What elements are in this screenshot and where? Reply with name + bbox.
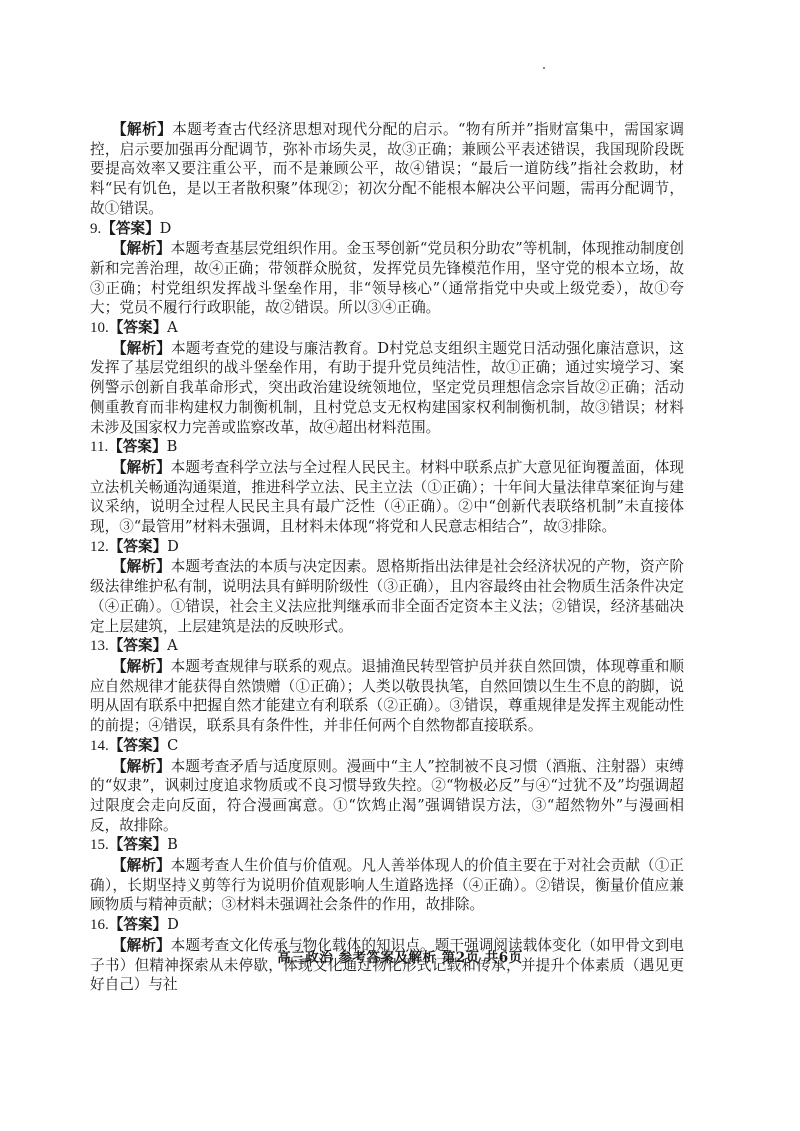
analysis-10: 【解析】本题考查党的建设与廉洁教育。D村党总支组织主题党日活动强化廉洁意识，这发… bbox=[90, 339, 684, 438]
question-number: 13. bbox=[90, 638, 109, 654]
analysis-12: 【解析】本题考查法的本质与决定因素。恩格斯指出法律是社会经济状况的产物，资产阶级… bbox=[90, 557, 684, 636]
answer-tag: 【答案】 bbox=[109, 637, 167, 654]
analysis-text: 本题考查人生价值与价值观。凡人善举体现人的价值主要在于对社会贡献（①正确），长期… bbox=[90, 857, 684, 913]
answer-tag: 【答案】 bbox=[109, 836, 167, 853]
analysis-9: 【解析】本题考查基层党组织作用。金玉琴创新“党员积分助农”等机制，体现推动制度创… bbox=[90, 239, 684, 318]
answer-value: D bbox=[167, 916, 179, 933]
analysis-text: 本题考查规律与联系的观点。退捕渔民转型管护员并获自然回馈，体现尊重和顺应自然规律… bbox=[90, 658, 684, 734]
analysis-text: 本题考查党的建设与廉洁教育。D村党总支组织主题党日活动强化廉洁意识，这发挥了基层… bbox=[90, 340, 684, 436]
answer-value: B bbox=[167, 438, 178, 455]
analysis-tag: 【解析】 bbox=[112, 121, 172, 138]
question-number: 10. bbox=[90, 320, 109, 336]
analysis-14: 【解析】本题考查矛盾与适度原则。漫画中“主人”控制被不良习惯（酒瓶、注射器）束缚… bbox=[90, 757, 684, 836]
analysis-13: 【解析】本题考查规律与联系的观点。退捕渔民转型管护员并获自然回馈，体现尊重和顺应… bbox=[90, 657, 684, 736]
answer-tag: 【答案】 bbox=[109, 538, 167, 555]
answer-value: D bbox=[160, 220, 172, 237]
analysis-tag: 【解析】 bbox=[112, 758, 171, 775]
answer-value: A bbox=[167, 637, 178, 654]
answer-14: 14.【答案】C bbox=[90, 736, 684, 757]
analysis-tag: 【解析】 bbox=[112, 340, 171, 357]
page-footer: 高三政治 参考答案及解析 第2页 共6页 bbox=[0, 946, 800, 966]
answer-tag: 【答案】 bbox=[109, 319, 167, 336]
answer-11: 11.【答案】B bbox=[90, 437, 684, 458]
question-number: 16. bbox=[90, 917, 109, 933]
question-number: 9. bbox=[90, 221, 101, 237]
answer-key-content: 【解析】本题考查古代经济思想对现代分配的启示。“物有所并”指财富集中，需国家调控… bbox=[90, 120, 684, 995]
scan-dot bbox=[543, 67, 545, 69]
question-number: 11. bbox=[90, 439, 108, 455]
answer-12: 12.【答案】D bbox=[90, 537, 684, 558]
analysis-text: 本题考查矛盾与适度原则。漫画中“主人”控制被不良习惯（酒瓶、注射器）束缚的“奴隶… bbox=[90, 758, 684, 834]
analysis-text: 本题考查科学立法与全过程人民民主。材料中联系点扩大意见征询覆盖面，体现立法机关畅… bbox=[90, 459, 684, 535]
question-number: 12. bbox=[90, 539, 109, 555]
answer-9: 9.【答案】D bbox=[90, 219, 684, 240]
question-number: 15. bbox=[90, 837, 109, 853]
analysis-tag: 【解析】 bbox=[112, 658, 171, 675]
analysis-tag: 【解析】 bbox=[112, 459, 171, 476]
analysis-tag: 【解析】 bbox=[112, 558, 171, 575]
analysis-8: 【解析】本题考查古代经济思想对现代分配的启示。“物有所并”指财富集中，需国家调控… bbox=[90, 120, 684, 219]
answer-10: 10.【答案】A bbox=[90, 318, 684, 339]
analysis-tag: 【解析】 bbox=[112, 240, 171, 257]
analysis-text: 本题考查基层党组织作用。金玉琴创新“党员积分助农”等机制，体现推动制度创新和完善… bbox=[90, 240, 684, 316]
analysis-tag: 【解析】 bbox=[112, 857, 171, 874]
question-number: 14. bbox=[90, 738, 109, 754]
answer-tag: 【答案】 bbox=[109, 737, 167, 754]
answer-value: C bbox=[167, 737, 178, 754]
answer-value: D bbox=[167, 538, 179, 555]
analysis-text: 本题考查法的本质与决定因素。恩格斯指出法律是社会经济状况的产物，资产阶级法律维护… bbox=[90, 558, 684, 634]
analysis-text: 本题考查古代经济思想对现代分配的启示。“物有所并”指财富集中，需国家调控，启示要… bbox=[90, 121, 684, 217]
answer-value: A bbox=[167, 319, 178, 336]
answer-value: B bbox=[167, 836, 178, 853]
answer-tag: 【答案】 bbox=[101, 220, 159, 237]
answer-tag: 【答案】 bbox=[108, 438, 166, 455]
analysis-11: 【解析】本题考查科学立法与全过程人民民主。材料中联系点扩大意见征询覆盖面，体现立… bbox=[90, 458, 684, 537]
answer-13: 13.【答案】A bbox=[90, 636, 684, 657]
answer-15: 15.【答案】B bbox=[90, 835, 684, 856]
analysis-15: 【解析】本题考查人生价值与价值观。凡人善举体现人的价值主要在于对社会贡献（①正确… bbox=[90, 856, 684, 915]
answer-tag: 【答案】 bbox=[109, 916, 167, 933]
answer-16: 16.【答案】D bbox=[90, 915, 684, 936]
